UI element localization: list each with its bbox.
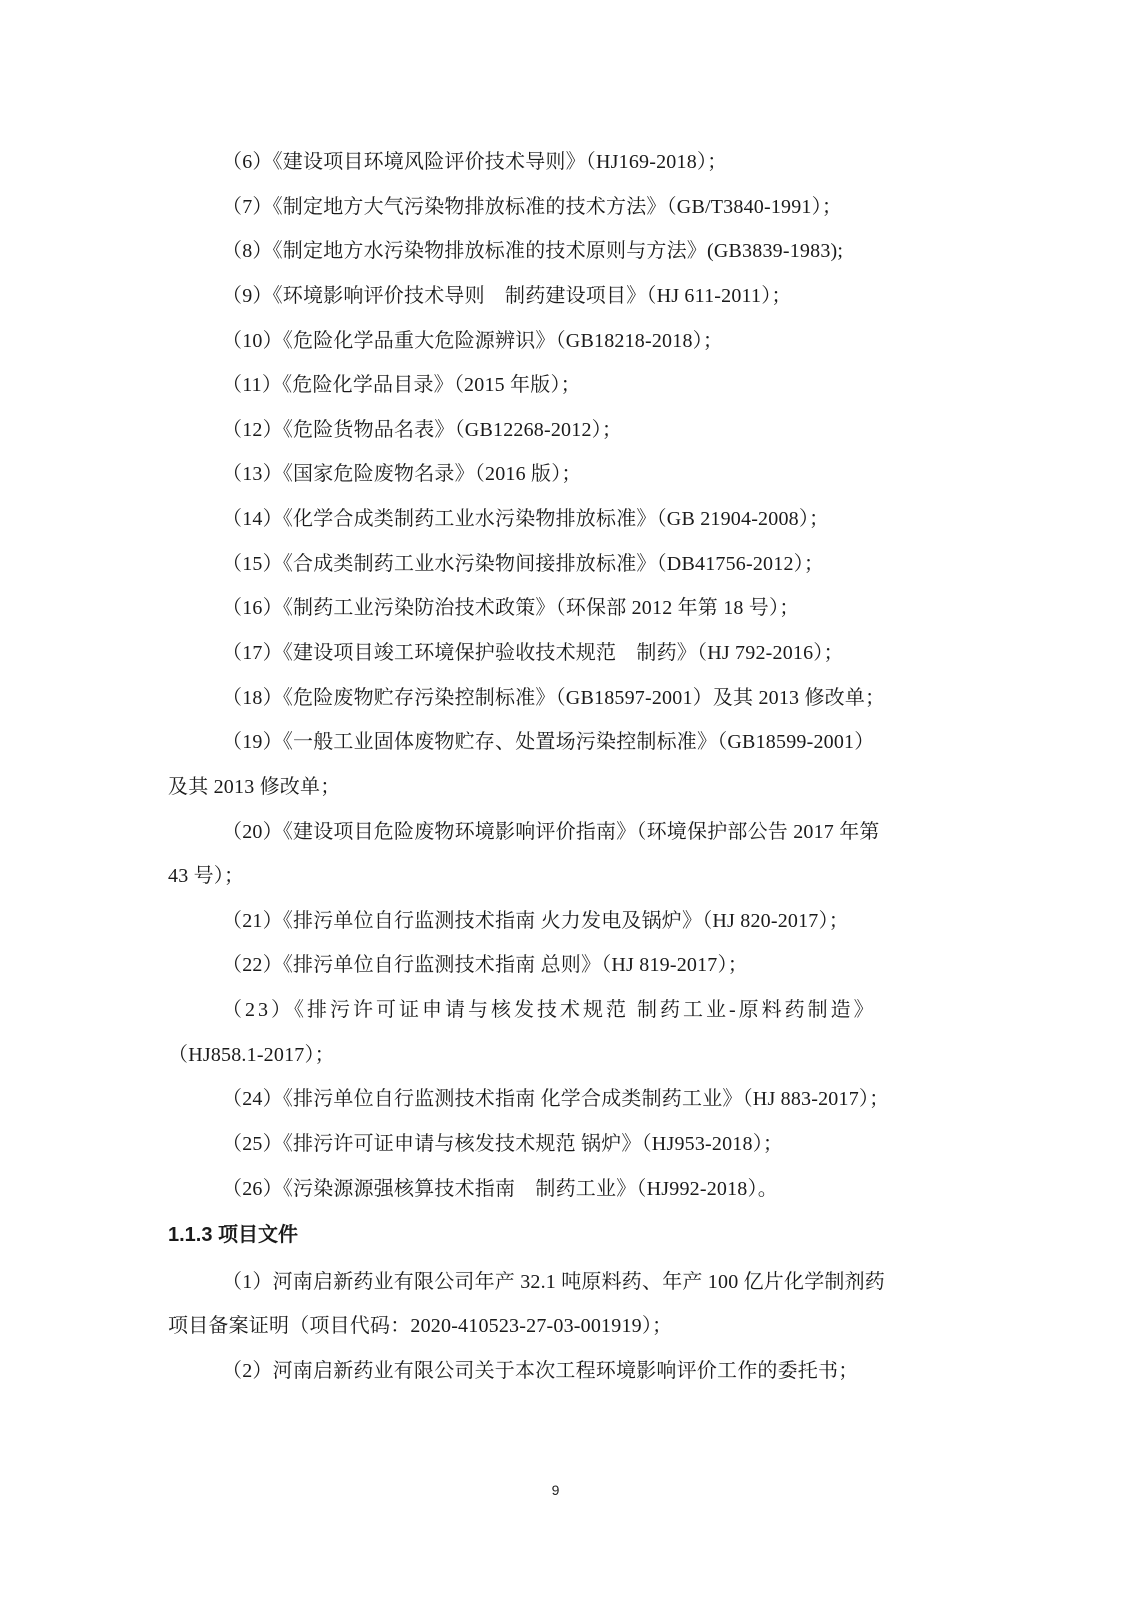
reference-text: 《化学合成类制药工业水污染物排放标准》（GB 21904-2008）； <box>283 508 829 530</box>
reference-text: 《危险货物品名表》（GB12268-2012）； <box>283 419 622 441</box>
reference-text: 《排污许可证申请与核发技术规范 锅炉》（HJ953-2018）； <box>283 1133 783 1155</box>
reference-text: 《排污单位自行监测技术指南 火力发电及锅炉》（HJ 820-2017）； <box>283 910 849 932</box>
reference-number: （7） <box>222 196 273 218</box>
reference-item-13: （13）《国家危险废物名录》（2016 版）； <box>222 461 944 487</box>
reference-item-7: （7）《制定地方大气污染物排放标准的技术方法》（GB/T3840-1991）； <box>222 194 944 220</box>
project-document-2: （2）河南启新药业有限公司关于本次工程环境影响评价工作的委托书； <box>222 1358 944 1384</box>
reference-item-20: （20）《建设项目危险废物环境影响评价指南》（环境保护部公告 2017 年第 <box>222 819 944 845</box>
reference-item-18: （18）《危险废物贮存污染控制标准》（GB18597-2001）及其 2013 … <box>222 685 944 711</box>
reference-item-6: （6）《建设项目环境风险评价技术导则》（HJ169-2018）； <box>222 149 944 175</box>
reference-item-16: （16）《制药工业污染防治技术政策》（环保部 2012 年第 18 号）； <box>222 595 944 621</box>
reference-number: （12） <box>222 419 283 441</box>
reference-text: 《危险化学品目录》（2015 年版）； <box>282 374 581 396</box>
reference-item-10: （10）《危险化学品重大危险源辨识》（GB18218-2018）； <box>222 328 944 354</box>
reference-text: 《国家危险废物名录》（2016 版）； <box>283 463 582 485</box>
reference-number: （19） <box>222 731 283 753</box>
reference-item-22: （22）《排污单位自行监测技术指南 总则》（HJ 819-2017）； <box>222 952 944 978</box>
reference-text: 《一般工业固体废物贮存、处置场污染控制标准》（GB18599-2001） <box>283 731 875 753</box>
project-document-1: （1）河南启新药业有限公司年产 32.1 吨原料药、年产 100 亿片化学制剂药 <box>222 1269 944 1295</box>
reference-text: 《合成类制药工业水污染物间接排放标准》（DB41756-2012）； <box>283 553 824 575</box>
reference-text: 《环境影响评价技术导则 制药建设项目》（HJ 611-2011）； <box>273 285 792 307</box>
reference-number: （14） <box>222 508 283 530</box>
reference-text: 《危险化学品重大危险源辨识》（GB18218-2018）； <box>283 330 723 352</box>
reference-item-20-continuation: 43 号）； <box>168 863 944 889</box>
reference-item-17: （17）《建设项目竣工环境保护验收技术规范 制药》（HJ 792-2016）； <box>222 640 944 666</box>
document-text: 河南启新药业有限公司关于本次工程环境影响评价工作的委托书； <box>273 1360 859 1382</box>
reference-text: 《制药工业污染防治技术政策》（环保部 2012 年第 18 号）； <box>283 597 800 619</box>
reference-number: （21） <box>222 910 283 932</box>
document-text: 河南启新药业有限公司年产 32.1 吨原料药、年产 100 亿片化学制剂药 <box>273 1271 885 1293</box>
document-page: （6）《建设项目环境风险评价技术导则》（HJ169-2018）； （7）《制定地… <box>0 0 1131 1600</box>
page-number: 9 <box>0 1482 1111 1498</box>
reference-text: 《建设项目危险废物环境影响评价指南》（环境保护部公告 2017 年第 <box>283 821 880 843</box>
reference-item-19: （19）《一般工业固体废物贮存、处置场污染控制标准》（GB18599-2001） <box>222 729 944 755</box>
reference-number: （24） <box>222 1088 283 1110</box>
reference-number: （26） <box>222 1178 283 1200</box>
reference-number: （17） <box>222 642 283 664</box>
reference-text: 《建设项目环境风险评价技术导则》（HJ169-2018）； <box>273 151 728 173</box>
reference-text: 《污染源源强核算技术指南 制药工业》（HJ992-2018）。 <box>283 1178 778 1200</box>
reference-number: （6） <box>222 151 273 173</box>
reference-number: （23） <box>222 999 294 1021</box>
document-number: （1） <box>222 1271 273 1293</box>
reference-text: 《排污单位自行监测技术指南 总则》（HJ 819-2017）； <box>283 954 748 976</box>
reference-item-12: （12）《危险货物品名表》（GB12268-2012）； <box>222 417 944 443</box>
reference-item-23-continuation: （HJ858.1-2017）； <box>168 1042 944 1068</box>
reference-item-11: （11）《危险化学品目录》（2015 年版）； <box>222 372 944 398</box>
reference-item-26: （26）《污染源源强核算技术指南 制药工业》（HJ992-2018）。 <box>222 1176 944 1202</box>
reference-number: （16） <box>222 597 283 619</box>
reference-item-9: （9）《环境影响评价技术导则 制药建设项目》（HJ 611-2011）； <box>222 283 944 309</box>
reference-item-14: （14）《化学合成类制药工业水污染物排放标准》（GB 21904-2008）； <box>222 506 944 532</box>
project-document-1-continuation: 项目备案证明（项目代码：2020-410523-27-03-001919）； <box>168 1313 944 1339</box>
reference-text: 《危险废物贮存污染控制标准》（GB18597-2001）及其 2013 修改单； <box>283 687 885 709</box>
reference-item-15: （15）《合成类制药工业水污染物间接排放标准》（DB41756-2012）； <box>222 551 944 577</box>
reference-text: 《制定地方水污染物排放标准的技术原则与方法》(GB3839-1983); <box>273 240 844 262</box>
reference-number: （22） <box>222 954 283 976</box>
reference-number: （25） <box>222 1133 283 1155</box>
reference-item-21: （21）《排污单位自行监测技术指南 火力发电及锅炉》（HJ 820-2017）； <box>222 908 944 934</box>
reference-item-19-continuation: 及其 2013 修改单； <box>168 774 944 800</box>
reference-item-25: （25）《排污许可证申请与核发技术规范 锅炉》（HJ953-2018）； <box>222 1131 944 1157</box>
reference-number: （13） <box>222 463 283 485</box>
reference-number: （20） <box>222 821 283 843</box>
reference-text: 《建设项目竣工环境保护验收技术规范 制药》（HJ 792-2016）； <box>283 642 844 664</box>
section-heading: 1.1.3 项目文件 <box>168 1222 298 1248</box>
reference-item-8: （8）《制定地方水污染物排放标准的技术原则与方法》(GB3839-1983); <box>222 238 944 264</box>
reference-number: （11） <box>222 374 282 396</box>
reference-item-23: （23）《排污许可证申请与核发技术规范 制药工业-原料药制造》 <box>222 997 944 1023</box>
reference-item-24: （24）《排污单位自行监测技术指南 化学合成类制药工业》（HJ 883-2017… <box>222 1086 944 1112</box>
reference-number: （18） <box>222 687 283 709</box>
reference-text: 《排污单位自行监测技术指南 化学合成类制药工业》（HJ 883-2017）； <box>283 1088 890 1110</box>
reference-number: （10） <box>222 330 283 352</box>
reference-text: 《制定地方大气污染物排放标准的技术方法》（GB/T3840-1991）； <box>273 196 842 218</box>
reference-number: （8） <box>222 240 273 262</box>
reference-number: （15） <box>222 553 283 575</box>
reference-number: （9） <box>222 285 273 307</box>
document-number: （2） <box>222 1360 273 1382</box>
reference-text: 《排污许可证申请与核发技术规范 制药工业-原料药制造》 <box>294 999 877 1021</box>
